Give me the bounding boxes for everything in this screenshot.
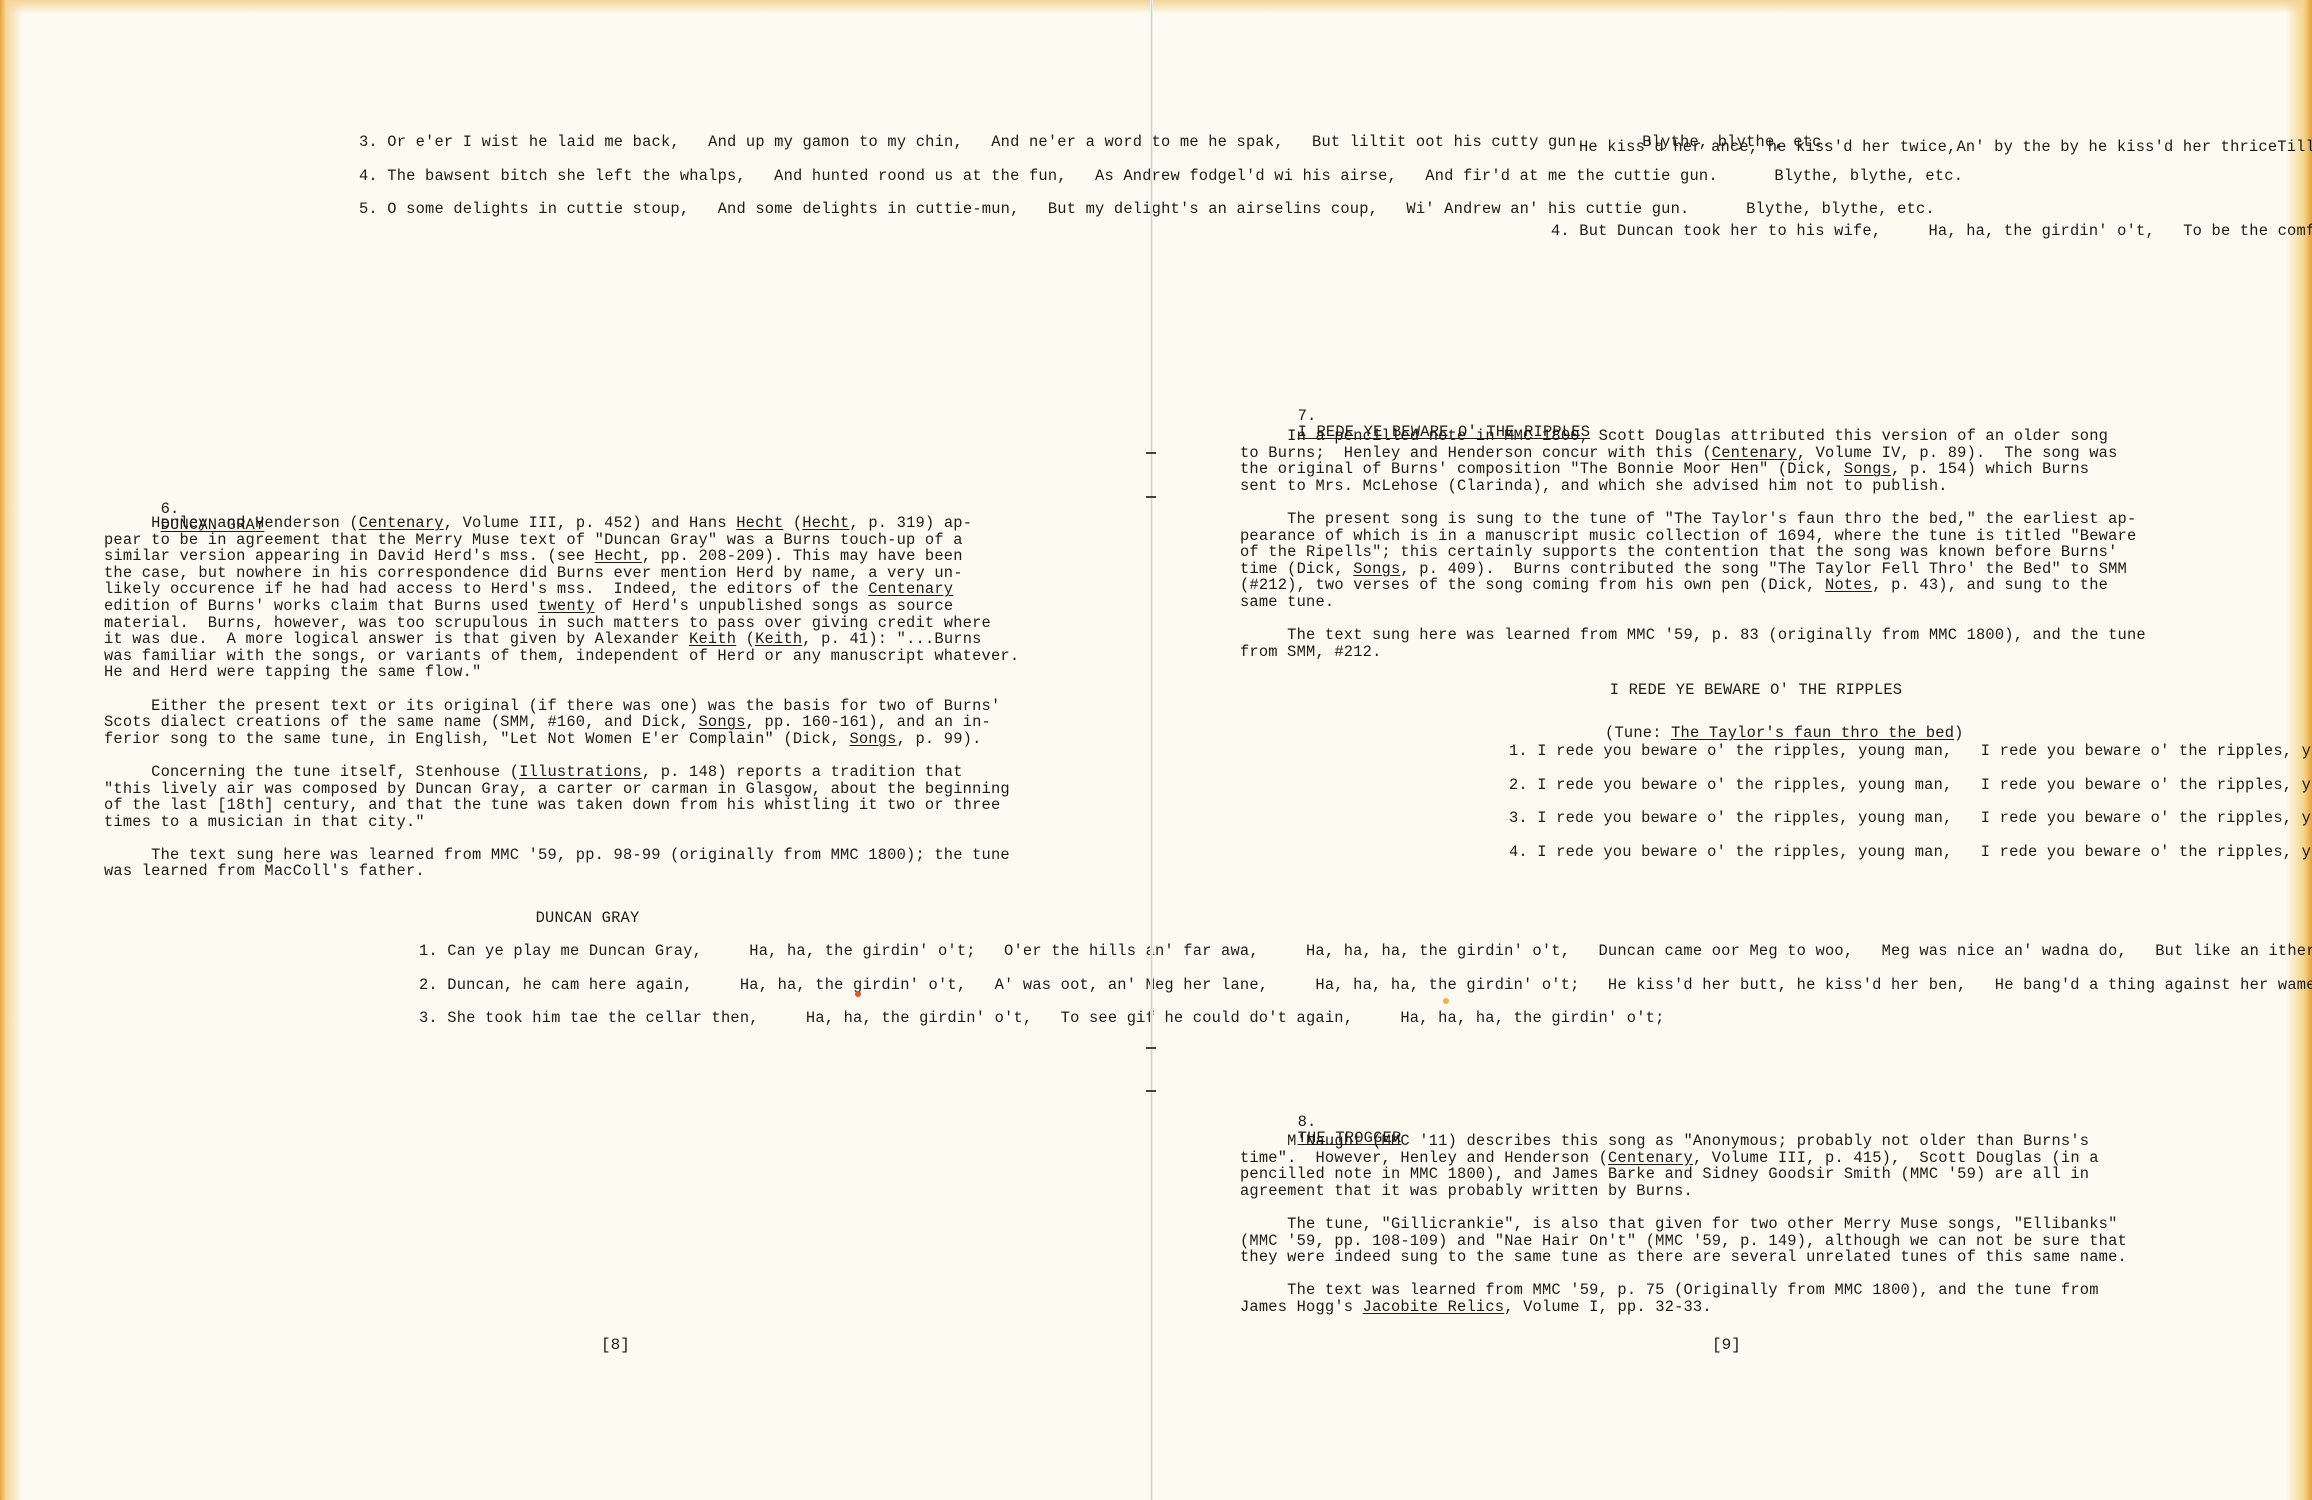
duncan-gray-commentary: Henley and Henderson (Centenary, Volume …: [104, 515, 1019, 897]
trogger-commentary: M'Naught (MMC '11) describes this song a…: [1240, 1133, 2127, 1332]
paragraph: Concerning the tune itself, Stenhouse (I…: [104, 764, 1019, 830]
duncan-gray-verse-4: 4. But Duncan took her to his wife, Ha, …: [1551, 223, 2312, 257]
ink-spot: [855, 991, 861, 997]
verse: 4. But Duncan took her to his wife, Ha, …: [1551, 223, 2312, 240]
left-page: 3. Or e'er I wist he laid me back, And u…: [0, 0, 1156, 1500]
ripples-verses: 1. I rede you beware o' the ripples, you…: [1509, 743, 2312, 877]
continued-verse: He kiss'd her ance, he kiss'd her twice,…: [1579, 139, 2312, 156]
paragraph: The text was learned from MMC '59, p. 75…: [1240, 1282, 2127, 1315]
paragraph: In a pencilled note in MMC 1800, Scott D…: [1240, 428, 2146, 494]
paragraph: The tune, "Gillicrankie", is also that g…: [1240, 1216, 2127, 1266]
section-number: 7.: [1298, 407, 1317, 425]
paragraph: The present song is sung to the tune of …: [1240, 511, 2146, 611]
paragraph: The text sung here was learned from MMC …: [104, 847, 1019, 880]
song-title: I REDE YE BEWARE O' THE RIPPLES: [1556, 682, 1956, 699]
ripples-commentary: In a pencilled note in MMC 1800, Scott D…: [1240, 428, 2146, 677]
tune-name: The Taylor's faun thro the bed: [1671, 724, 1954, 742]
staple-mark: [1146, 1090, 1156, 1092]
verse: 3. I rede you beware o' the ripples, you…: [1509, 810, 2312, 827]
book-spread: 3. Or e'er I wist he laid me back, And u…: [0, 0, 2312, 1500]
tune-suffix: ): [1954, 724, 1963, 742]
section-number: 8.: [1298, 1113, 1317, 1131]
binding-gutter: [1150, 0, 1153, 1500]
staple-mark: [1146, 496, 1156, 498]
tune-prefix: (Tune:: [1605, 724, 1671, 742]
staple-mark: [1146, 1047, 1156, 1049]
page-number: [8]: [601, 1336, 630, 1354]
paragraph: Either the present text or its original …: [104, 698, 1019, 748]
paragraph: The text sung here was learned from MMC …: [1240, 627, 2146, 660]
right-page: He kiss'd her ance, he kiss'd her twice,…: [1156, 0, 2312, 1500]
ink-spot: [1443, 998, 1449, 1004]
verse: 4. I rede you beware o' the ripples, you…: [1509, 844, 2312, 861]
verse: 1. I rede you beware o' the ripples, you…: [1509, 743, 2312, 760]
page-number: [9]: [1712, 1336, 1741, 1354]
paragraph: Henley and Henderson (Centenary, Volume …: [104, 515, 1019, 681]
paragraph: M'Naught (MMC '11) describes this song a…: [1240, 1133, 2127, 1199]
song-title: DUNCAN GRAY: [455, 910, 720, 927]
staple-mark: [1146, 452, 1156, 454]
verse: 2. I rede you beware o' the ripples, you…: [1509, 777, 2312, 794]
